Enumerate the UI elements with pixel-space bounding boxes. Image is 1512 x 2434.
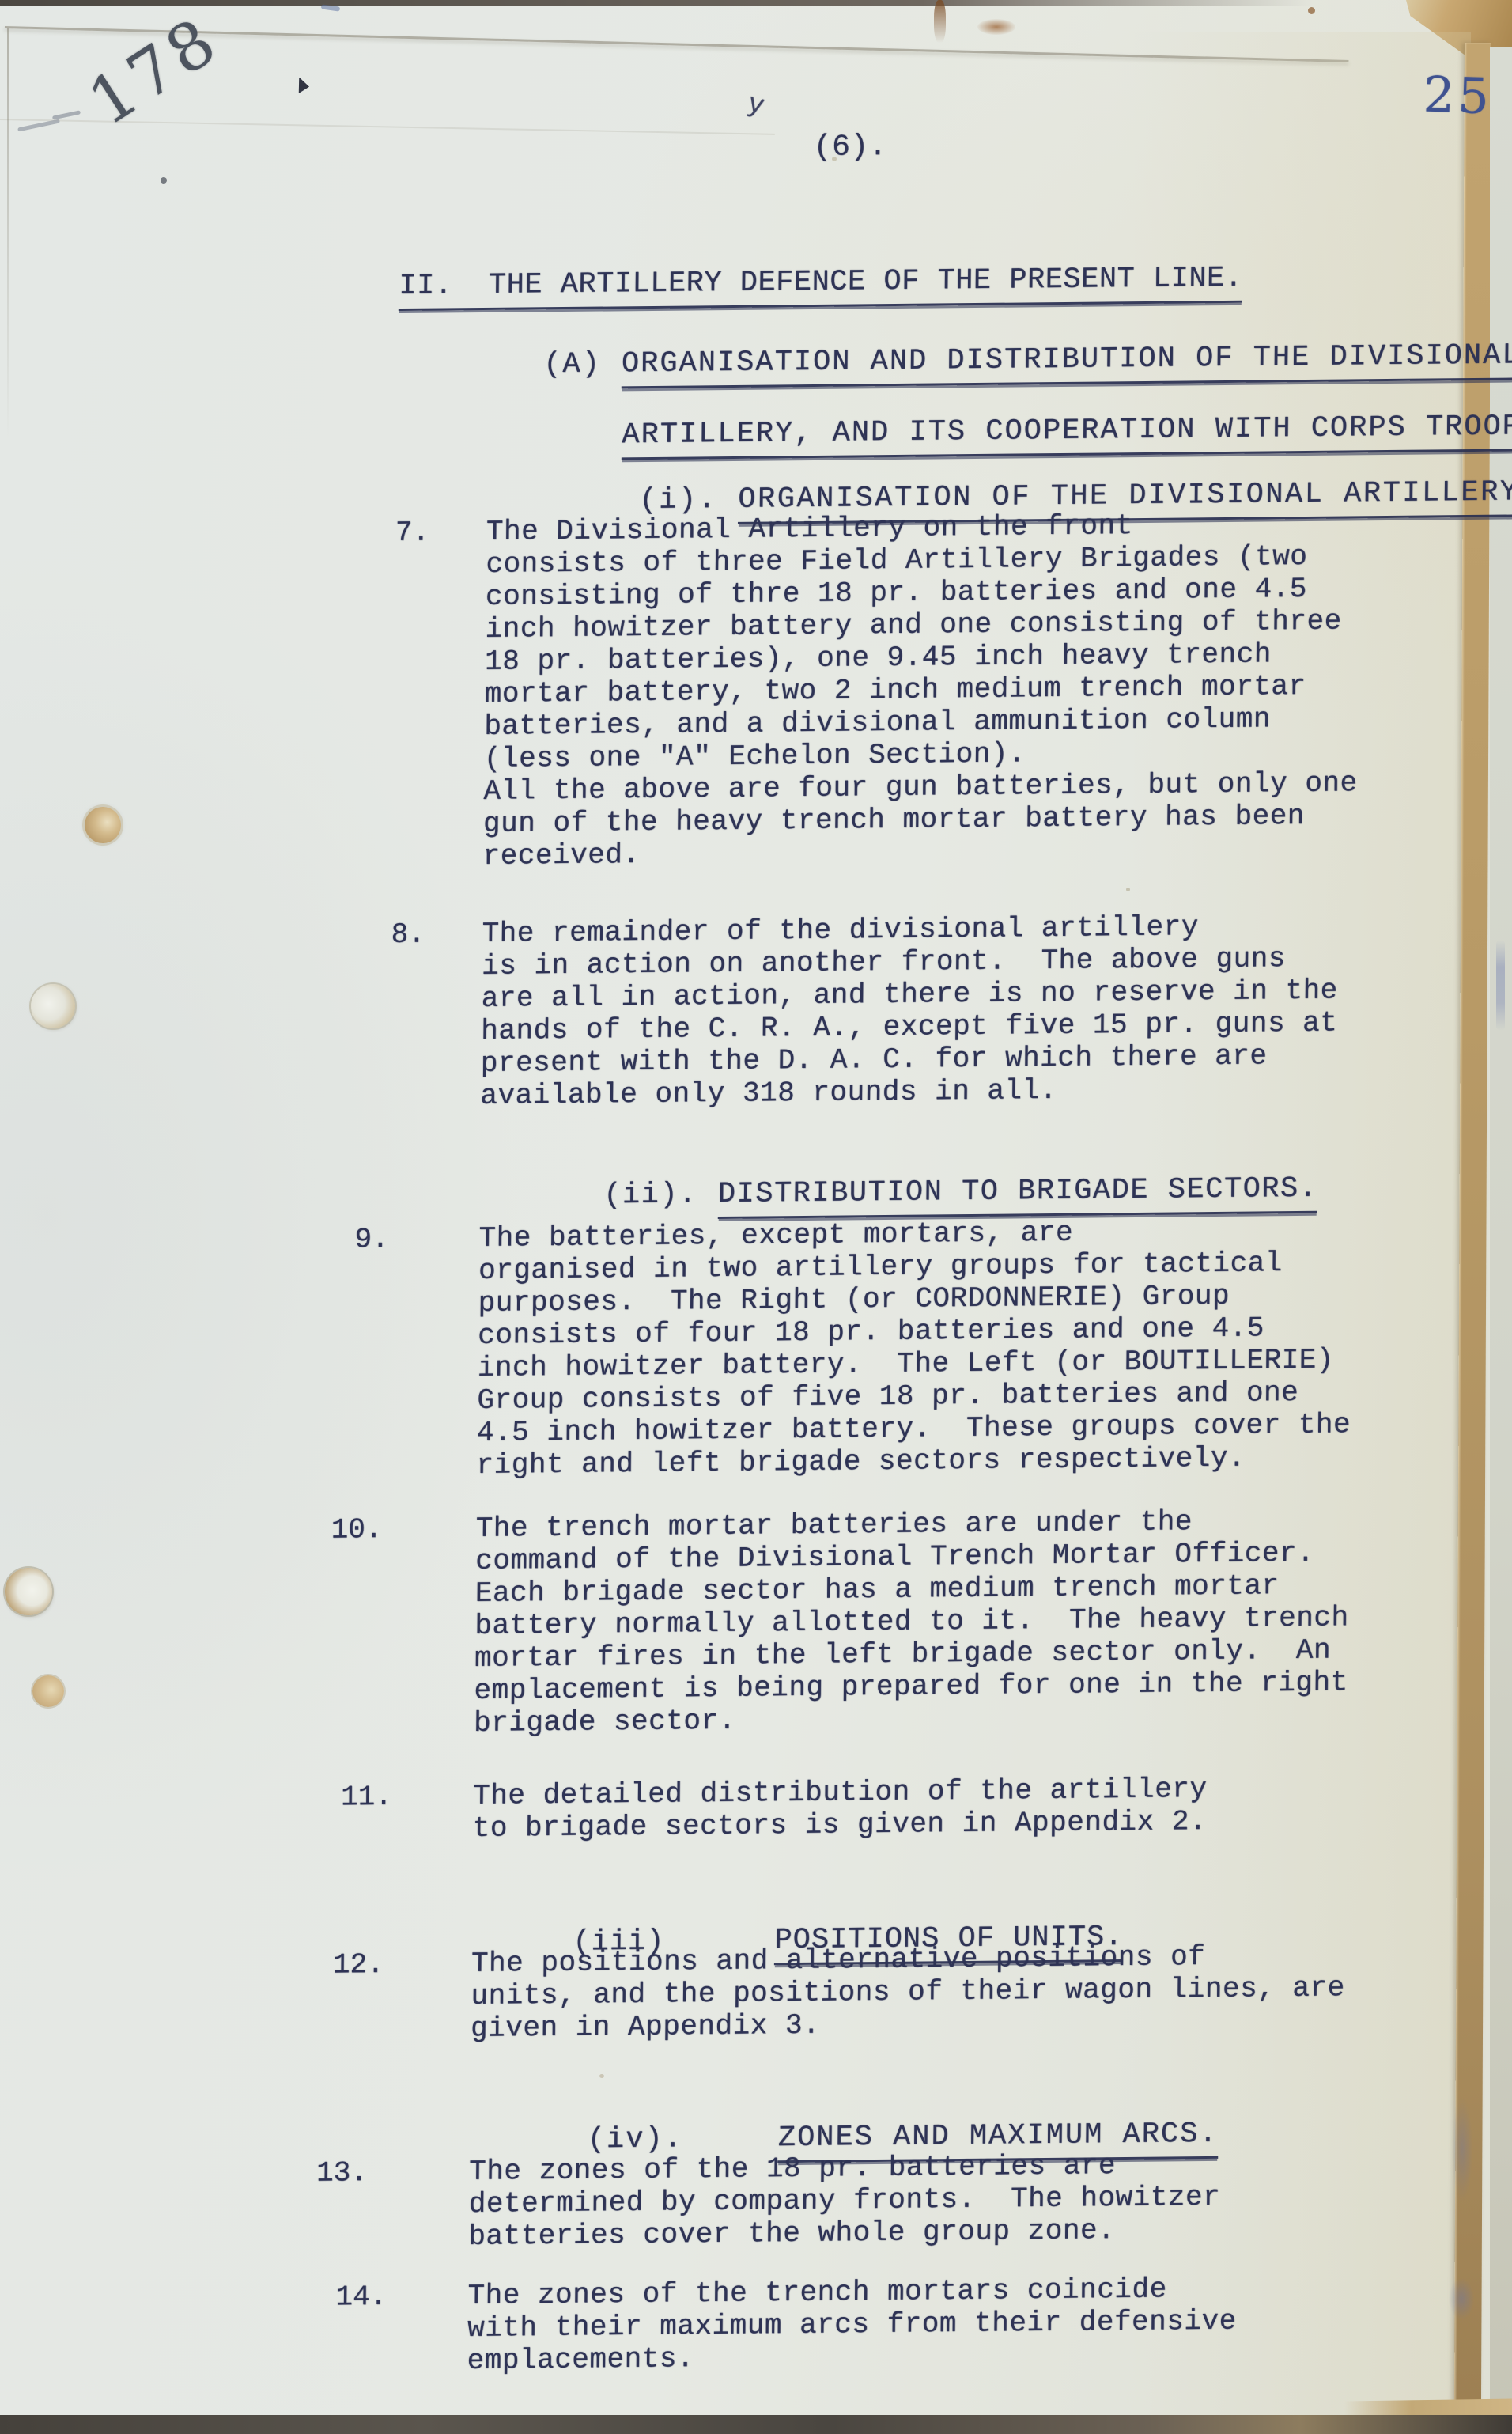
heading-ii-text: DISTRIBUTION TO BRIGADE SECTORS. xyxy=(718,1172,1318,1219)
paragraph-12: 12. The positions and alternative positi… xyxy=(471,1939,1345,2045)
paragraph-7: 7. The Divisional Artillery on the front… xyxy=(482,507,1360,873)
paragraph-line: emplacements. xyxy=(467,2337,1236,2377)
typed-text-block: (6). y II. THE ARTILLERY DEFENCE OF THE … xyxy=(0,0,1512,2434)
paragraph-line: batteries cover the whole group zone. xyxy=(468,2213,1220,2253)
main-heading-text: II. THE ARTILLERY DEFENCE OF THE PRESENT… xyxy=(399,262,1243,311)
heading-i-label: (i). xyxy=(639,483,738,517)
paragraph-14: 14. The zones of the trench mortars coin… xyxy=(467,2273,1237,2377)
paragraph-number: 7. xyxy=(395,517,430,549)
page-number-typed: (6). y xyxy=(702,96,888,233)
paragraph-number: 14. xyxy=(335,2281,387,2314)
scanned-document-photo: 178 25 (6). y II. THE ARTILLERY DEFENCE … xyxy=(0,0,1512,2434)
overstrike-mark: y xyxy=(744,89,768,123)
heading-ii-label: (ii). xyxy=(603,1178,718,1212)
page-number-typed-text: (6). xyxy=(814,130,888,165)
paragraph-10: 10. The trench mortar batteries are unde… xyxy=(474,1504,1350,1739)
paragraph-number: 8. xyxy=(391,918,425,951)
paragraph-number: 9. xyxy=(354,1223,389,1255)
paragraph-number: 10. xyxy=(331,1513,382,1546)
paragraph-11: 11. The detailed distribution of the art… xyxy=(472,1773,1207,1845)
heading-iv-label: (iv). xyxy=(588,2122,778,2156)
paragraph-8: 8. The remainder of the divisional artil… xyxy=(480,910,1339,1112)
section-a-label: (A) xyxy=(543,347,622,381)
paragraph-number: 13. xyxy=(316,2156,368,2190)
paragraph-number: 11. xyxy=(341,1781,392,1814)
paragraph-number: 12. xyxy=(333,1948,384,1982)
paragraph-line: to brigade sectors is given in Appendix … xyxy=(472,1805,1207,1845)
paragraph-13: 13. The zones of the 18 pr. batteries ar… xyxy=(468,2148,1221,2253)
paragraph-9: 9. The batteries, except mortars, are or… xyxy=(476,1213,1353,1482)
